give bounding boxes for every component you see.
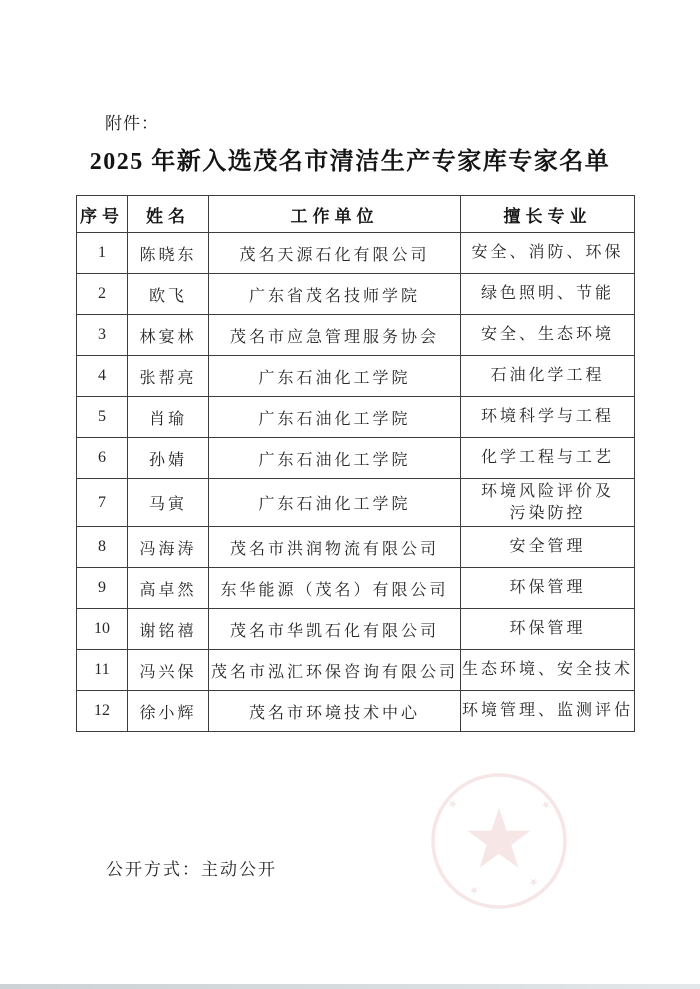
- cell-unit: 广东石油化工学院: [209, 438, 461, 479]
- cell-name: 肖瑜: [128, 397, 209, 438]
- cell-specialty: 环境风险评价及 污染防控: [461, 479, 635, 527]
- svg-text:★: ★: [538, 798, 554, 814]
- cell-name: 冯海涛: [128, 527, 209, 568]
- cell-serial: 7: [77, 479, 128, 527]
- table-row: 10 谢铭禧 茂名市华凯石化有限公司 环保管理: [77, 609, 635, 650]
- cell-serial: 4: [77, 356, 128, 397]
- table-row: 8 冯海涛 茂名市洪润物流有限公司 安全管理: [77, 527, 635, 568]
- cell-serial: 10: [77, 609, 128, 650]
- cell-serial: 11: [77, 650, 128, 691]
- table-row: 7 马寅 广东石油化工学院 环境风险评价及 污染防控: [77, 479, 635, 527]
- table-row: 2 欧飞 广东省茂名技师学院 绿色照明、节能: [77, 274, 635, 315]
- cell-name: 陈晓东: [128, 233, 209, 274]
- cell-specialty: 化学工程与工艺: [461, 438, 635, 479]
- cell-specialty: 环保管理: [461, 609, 635, 650]
- header-specialty: 擅长专业: [461, 196, 635, 233]
- header-work-unit: 工作单位: [209, 196, 461, 233]
- table-row: 6 孙婧 广东石油化工学院 化学工程与工艺: [77, 438, 635, 479]
- cell-serial: 9: [77, 568, 128, 609]
- cell-specialty: 安全、消防、环保: [461, 233, 635, 274]
- expert-list-table: 序号 姓名 工作单位 擅长专业 1 陈晓东 茂名天源石化有限公司 安全、消防、环…: [76, 195, 635, 732]
- scan-page-edge: [0, 984, 700, 989]
- cell-specialty: 环保管理: [461, 568, 635, 609]
- cell-specialty: 绿色照明、节能: [461, 274, 635, 315]
- cell-specialty: 生态环境、安全技术: [461, 650, 635, 691]
- cell-name: 冯兴保: [128, 650, 209, 691]
- cell-serial: 6: [77, 438, 128, 479]
- cell-serial: 2: [77, 274, 128, 315]
- cell-name: 欧飞: [128, 274, 209, 315]
- cell-unit: 茂名市洪润物流有限公司: [209, 527, 461, 568]
- cell-serial: 8: [77, 527, 128, 568]
- svg-text:★: ★: [445, 797, 461, 812]
- table-row: 11 冯兴保 茂名市泓汇环保咨询有限公司 生态环境、安全技术: [77, 650, 635, 691]
- cell-name: 徐小辉: [128, 691, 209, 732]
- header-serial-number: 序号: [77, 196, 128, 233]
- cell-name: 谢铭禧: [128, 609, 209, 650]
- page-title: 2025 年新入选茂名市清洁生产专家库专家名单: [0, 141, 700, 176]
- cell-name: 林宴林: [128, 315, 209, 356]
- cell-serial: 3: [77, 315, 128, 356]
- cell-unit: 广东石油化工学院: [209, 356, 461, 397]
- cell-specialty: 环境管理、监测评估: [461, 691, 635, 732]
- table-row: 3 林宴林 茂名市应急管理服务协会 安全、生态环境: [77, 315, 635, 356]
- cell-unit: 广东石油化工学院: [209, 479, 461, 527]
- attachment-label: 附件：: [105, 109, 159, 134]
- svg-text:★: ★: [466, 883, 481, 899]
- table-row: 1 陈晓东 茂名天源石化有限公司 安全、消防、环保: [77, 233, 635, 274]
- seal-star-icon: [468, 808, 531, 868]
- cell-unit: 茂名市环境技术中心: [209, 691, 461, 732]
- official-seal-stamp-icon: ★ ★ ★ ★: [428, 770, 570, 912]
- cell-specialty: 环境科学与工程: [461, 397, 635, 438]
- cell-unit: 广东石油化工学院: [209, 397, 461, 438]
- cell-unit: 茂名市应急管理服务协会: [209, 315, 461, 356]
- svg-text:★: ★: [526, 875, 541, 891]
- table-header-row: 序号 姓名 工作单位 擅长专业: [77, 196, 635, 233]
- cell-specialty: 石油化学工程: [461, 356, 635, 397]
- table-row: 9 高卓然 东华能源（茂名）有限公司 环保管理: [77, 568, 635, 609]
- cell-name: 孙婧: [128, 438, 209, 479]
- cell-serial: 12: [77, 691, 128, 732]
- cell-unit: 东华能源（茂名）有限公司: [209, 568, 461, 609]
- cell-specialty: 安全、生态环境: [461, 315, 635, 356]
- cell-unit: 茂名天源石化有限公司: [209, 233, 461, 274]
- table-row: 12 徐小辉 茂名市环境技术中心 环境管理、监测评估: [77, 691, 635, 732]
- cell-name: 马寅: [128, 479, 209, 527]
- table-row: 5 肖瑜 广东石油化工学院 环境科学与工程: [77, 397, 635, 438]
- cell-unit: 广东省茂名技师学院: [209, 274, 461, 315]
- cell-unit: 茂名市泓汇环保咨询有限公司: [209, 650, 461, 691]
- scanned-document-page: { "page": { "attachment_label": "附件：", "…: [0, 0, 700, 989]
- cell-serial: 1: [77, 233, 128, 274]
- cell-name: 高卓然: [128, 568, 209, 609]
- cell-unit: 茂名市华凯石化有限公司: [209, 609, 461, 650]
- cell-specialty: 安全管理: [461, 527, 635, 568]
- header-name: 姓名: [128, 196, 209, 233]
- table-row: 4 张帮亮 广东石油化工学院 石油化学工程: [77, 356, 635, 397]
- disclosure-method-label: 公开方式：主动公开: [106, 855, 277, 880]
- cell-name: 张帮亮: [128, 356, 209, 397]
- cell-serial: 5: [77, 397, 128, 438]
